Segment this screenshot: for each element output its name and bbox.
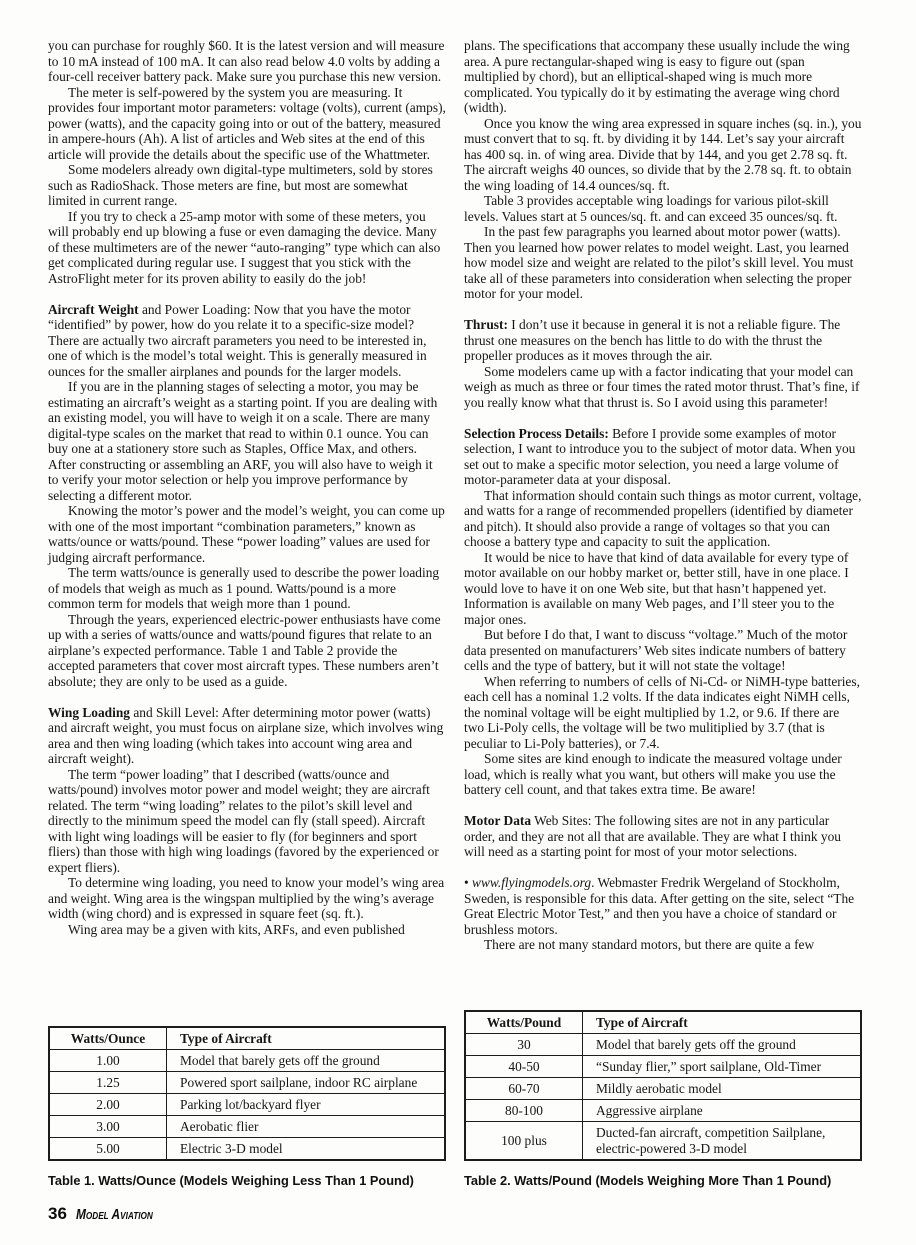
table-cell: Powered sport sailplane, indoor RC airpl… bbox=[167, 1072, 446, 1094]
right-column-text: plans. The specifications that accompany… bbox=[464, 38, 862, 953]
body-paragraph: If you are in the planning stages of sel… bbox=[48, 379, 446, 503]
section-lead-paragraph: Thrust: I don’t use it because in genera… bbox=[464, 317, 862, 364]
body-paragraph: The term watts/ounce is generally used t… bbox=[48, 565, 446, 612]
body-paragraph: Once you know the wing area expressed in… bbox=[464, 116, 862, 194]
table2-block: Watts/PoundType of Aircraft30Model that … bbox=[464, 1010, 862, 1188]
table-cell: Model that barely gets off the ground bbox=[167, 1050, 446, 1072]
section-heading: Selection Process Details: bbox=[464, 426, 609, 441]
table-cell: “Sunday flier,” sport sailplane, Old-Tim… bbox=[583, 1056, 862, 1078]
table2-caption: Table 2. Watts/Pound (Models Weighing Mo… bbox=[464, 1173, 862, 1188]
table-cell: 40-50 bbox=[465, 1056, 583, 1078]
body-paragraph: It would be nice to have that kind of da… bbox=[464, 550, 862, 628]
body-paragraph: • www.flyingmodels.org. Webmaster Fredri… bbox=[464, 875, 862, 937]
table-row: 100 plusDucted-fan aircraft, competition… bbox=[465, 1122, 861, 1161]
table-header-row: Watts/OunceType of Aircraft bbox=[49, 1027, 445, 1050]
section-lead-paragraph: Wing Loading and Skill Level: After dete… bbox=[48, 705, 446, 767]
table-row: 3.00Aerobatic flier bbox=[49, 1116, 445, 1138]
body-paragraph: Some modelers already own digital-type m… bbox=[48, 162, 446, 209]
body-paragraph: But before I do that, I want to discuss … bbox=[464, 627, 862, 674]
body-paragraph: Table 3 provides acceptable wing loading… bbox=[464, 193, 862, 224]
table-row: 5.00Electric 3-D model bbox=[49, 1138, 445, 1161]
body-paragraph: Wing area may be a given with kits, ARFs… bbox=[48, 922, 446, 938]
table-cell: 5.00 bbox=[49, 1138, 167, 1161]
table-cell: Parking lot/backyard flyer bbox=[167, 1094, 446, 1116]
table-cell: 60-70 bbox=[465, 1078, 583, 1100]
table-row: 40-50“Sunday flier,” sport sailplane, Ol… bbox=[465, 1056, 861, 1078]
watts-per-ounce-table: Watts/OunceType of Aircraft1.00Model tha… bbox=[48, 1026, 446, 1161]
table-row: 30Model that barely gets off the ground bbox=[465, 1034, 861, 1056]
table1-block: Watts/OunceType of Aircraft1.00Model tha… bbox=[48, 1026, 446, 1188]
table-header-cell: Watts/Ounce bbox=[49, 1027, 167, 1050]
two-column-layout: you can purchase for roughly $60. It is … bbox=[48, 38, 866, 1188]
table-cell: 1.00 bbox=[49, 1050, 167, 1072]
body-paragraph: Through the years, experienced electric-… bbox=[48, 612, 446, 690]
table-cell: Aerobatic flier bbox=[167, 1116, 446, 1138]
body-paragraph: That information should contain such thi… bbox=[464, 488, 862, 550]
table-cell: 3.00 bbox=[49, 1116, 167, 1138]
watts-per-pound-table: Watts/PoundType of Aircraft30Model that … bbox=[464, 1010, 862, 1161]
table-cell: Electric 3-D model bbox=[167, 1138, 446, 1161]
table-header-row: Watts/PoundType of Aircraft bbox=[465, 1011, 861, 1034]
table-cell: Ducted-fan aircraft, competition Sailpla… bbox=[583, 1122, 862, 1161]
page-footer: 36 Model Aviation bbox=[48, 1204, 866, 1224]
body-paragraph: To determine wing loading, you need to k… bbox=[48, 875, 446, 922]
body-paragraph: In the past few paragraphs you learned a… bbox=[464, 224, 862, 302]
table-cell: Mildly aerobatic model bbox=[583, 1078, 862, 1100]
section-heading: Wing Loading bbox=[48, 705, 130, 720]
table-header-cell: Type of Aircraft bbox=[583, 1011, 862, 1034]
website-url-text: www.flyingmodels.org bbox=[472, 875, 591, 890]
table-cell: Aggressive airplane bbox=[583, 1100, 862, 1122]
table-cell: 30 bbox=[465, 1034, 583, 1056]
table-row: 1.25Powered sport sailplane, indoor RC a… bbox=[49, 1072, 445, 1094]
body-paragraph: Some sites are kind enough to indicate t… bbox=[464, 751, 862, 798]
table-cell: 80-100 bbox=[465, 1100, 583, 1122]
body-paragraph: The meter is self-powered by the system … bbox=[48, 85, 446, 163]
table-header-cell: Watts/Pound bbox=[465, 1011, 583, 1034]
table-cell: Model that barely gets off the ground bbox=[583, 1034, 862, 1056]
table-header-cell: Type of Aircraft bbox=[167, 1027, 446, 1050]
section-lead-paragraph: Motor Data Web Sites: The following site… bbox=[464, 813, 862, 860]
section-lead-paragraph: Aircraft Weight and Power Loading: Now t… bbox=[48, 302, 446, 380]
body-paragraph: Some modelers came up with a factor indi… bbox=[464, 364, 862, 411]
section-heading: Aircraft Weight bbox=[48, 302, 139, 317]
magazine-page: you can purchase for roughly $60. It is … bbox=[0, 0, 916, 1245]
section-heading: Thrust: bbox=[464, 317, 508, 332]
left-column-text: you can purchase for roughly $60. It is … bbox=[48, 38, 446, 937]
section-lead-paragraph: Selection Process Details: Before I prov… bbox=[464, 426, 862, 488]
table-row: 60-70Mildly aerobatic model bbox=[465, 1078, 861, 1100]
right-column: plans. The specifications that accompany… bbox=[464, 38, 862, 1188]
table-row: 80-100Aggressive airplane bbox=[465, 1100, 861, 1122]
left-column: you can purchase for roughly $60. It is … bbox=[48, 38, 446, 1188]
section-heading: Motor Data bbox=[464, 813, 531, 828]
body-paragraph: Knowing the motor’s power and the model’… bbox=[48, 503, 446, 565]
body-paragraph: plans. The specifications that accompany… bbox=[464, 38, 862, 116]
table-cell: 1.25 bbox=[49, 1072, 167, 1094]
body-paragraph: When referring to numbers of cells of Ni… bbox=[464, 674, 862, 752]
body-paragraph: If you try to check a 25-amp motor with … bbox=[48, 209, 446, 287]
table-row: 1.00Model that barely gets off the groun… bbox=[49, 1050, 445, 1072]
page-number: 36 bbox=[48, 1204, 67, 1224]
body-paragraph: There are not many standard motors, but … bbox=[464, 937, 862, 953]
table-cell: 100 plus bbox=[465, 1122, 583, 1161]
table-row: 2.00Parking lot/backyard flyer bbox=[49, 1094, 445, 1116]
body-paragraph: The term “power loading” that I describe… bbox=[48, 767, 446, 876]
magazine-logo: Model Aviation bbox=[76, 1207, 153, 1223]
table1-caption: Table 1. Watts/Ounce (Models Weighing Le… bbox=[48, 1173, 446, 1188]
body-paragraph: you can purchase for roughly $60. It is … bbox=[48, 38, 446, 85]
table-cell: 2.00 bbox=[49, 1094, 167, 1116]
